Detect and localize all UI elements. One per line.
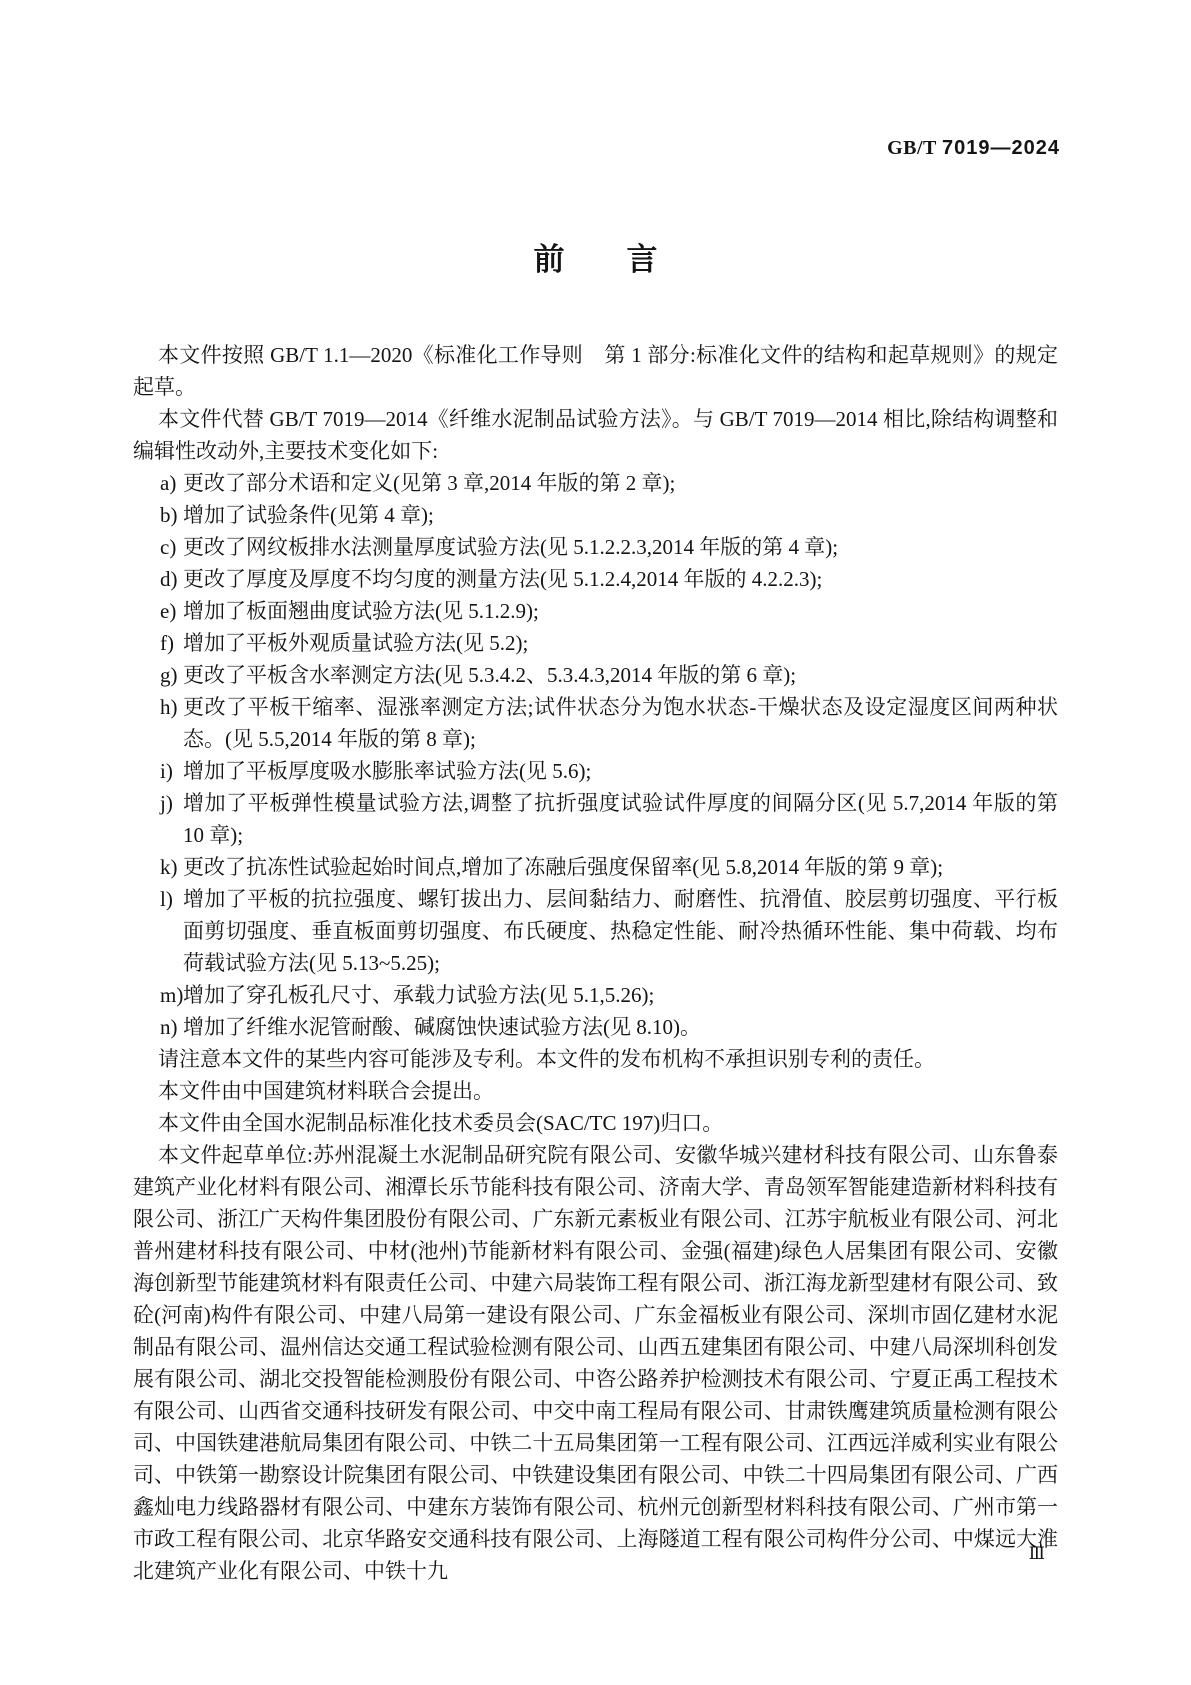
change-item-label: n) bbox=[160, 1011, 183, 1043]
foreword-paragraph-1: 本文件按照 GB/T 1.1—2020《标准化工作导则 第 1 部分:标准化文件… bbox=[133, 339, 1058, 403]
change-item-text: 更改了平板干缩率、湿涨率测定方法;试件状态分为饱水状态-干燥状态及设定湿度区间两… bbox=[183, 691, 1058, 755]
change-item-text: 增加了纤维水泥管耐酸、碱腐蚀快速试验方法(见 8.10)。 bbox=[183, 1011, 1058, 1043]
change-list: a) 更改了部分术语和定义(见第 3 章,2014 年版的第 2 章); b) … bbox=[133, 467, 1058, 1043]
change-item-text: 增加了穿孔板孔尺寸、承载力试验方法(见 5.1,5.26); bbox=[183, 979, 1058, 1011]
change-item: a) 更改了部分术语和定义(见第 3 章,2014 年版的第 2 章); bbox=[133, 467, 1058, 499]
change-item-label: i) bbox=[160, 755, 183, 787]
change-item: h) 更改了平板干缩率、湿涨率测定方法;试件状态分为饱水状态-干燥状态及设定湿度… bbox=[133, 691, 1058, 755]
change-item: l) 增加了平板的抗拉强度、螺钉拔出力、层间黏结力、耐磨性、抗滑值、胶层剪切强度… bbox=[133, 883, 1058, 979]
change-item-text: 增加了平板厚度吸水膨胀率试验方法(见 5.6); bbox=[183, 755, 1058, 787]
change-item-text: 增加了试验条件(见第 4 章); bbox=[183, 499, 1058, 531]
change-item: e) 增加了板面翘曲度试验方法(见 5.1.2.9); bbox=[133, 595, 1058, 627]
document-page: GB/T 7019—2024 前 言 本文件按照 GB/T 1.1—2020《标… bbox=[0, 0, 1191, 1685]
change-item-label: m) bbox=[160, 979, 183, 1011]
standard-code-prefix: GB/T bbox=[887, 137, 936, 159]
foreword-paragraph-2: 本文件代替 GB/T 7019—2014《纤维水泥制品试验方法》。与 GB/T … bbox=[133, 403, 1058, 467]
change-item-text: 增加了平板外观质量试验方法(见 5.2); bbox=[183, 627, 1058, 659]
change-item-text: 更改了厚度及厚度不均匀度的测量方法(见 5.1.2.4,2014 年版的 4.2… bbox=[183, 563, 1058, 595]
change-item: i) 增加了平板厚度吸水膨胀率试验方法(见 5.6); bbox=[133, 755, 1058, 787]
change-item-text: 增加了平板弹性模量试验方法,调整了抗折强度试验试件厚度的间隔分区(见 5.7,2… bbox=[183, 787, 1058, 851]
change-item: b) 增加了试验条件(见第 4 章); bbox=[133, 499, 1058, 531]
change-item-label: e) bbox=[160, 595, 183, 627]
change-item: m) 增加了穿孔板孔尺寸、承载力试验方法(见 5.1,5.26); bbox=[133, 979, 1058, 1011]
standard-code: GB/T 7019—2024 bbox=[887, 137, 1060, 160]
standard-code-number: 7019—2024 bbox=[942, 137, 1060, 159]
change-item-text: 更改了网纹板排水法测量厚度试验方法(见 5.1.2.2.3,2014 年版的第 … bbox=[183, 531, 1058, 563]
page-number: Ⅲ bbox=[1029, 1542, 1045, 1566]
change-item-text: 更改了抗冻性试验起始时间点,增加了冻融后强度保留率(见 5.8,2014 年版的… bbox=[183, 851, 1058, 883]
change-item-label: k) bbox=[160, 851, 183, 883]
change-item-text: 更改了部分术语和定义(见第 3 章,2014 年版的第 2 章); bbox=[183, 467, 1058, 499]
change-item: d) 更改了厚度及厚度不均匀度的测量方法(见 5.1.2.4,2014 年版的 … bbox=[133, 563, 1058, 595]
foreword-paragraph-5: 本文件由全国水泥制品标准化技术委员会(SAC/TC 197)归口。 bbox=[133, 1107, 1058, 1139]
change-item: f) 增加了平板外观质量试验方法(见 5.2); bbox=[133, 627, 1058, 659]
change-item-text: 增加了板面翘曲度试验方法(见 5.1.2.9); bbox=[183, 595, 1058, 627]
change-item: k) 更改了抗冻性试验起始时间点,增加了冻融后强度保留率(见 5.8,2014 … bbox=[133, 851, 1058, 883]
change-item-label: b) bbox=[160, 499, 183, 531]
foreword-paragraph-6: 本文件起草单位:苏州混凝土水泥制品研究院有限公司、安徽华城兴建材科技有限公司、山… bbox=[133, 1139, 1058, 1587]
change-item: c) 更改了网纹板排水法测量厚度试验方法(见 5.1.2.2.3,2014 年版… bbox=[133, 531, 1058, 563]
change-item-label: c) bbox=[160, 531, 183, 563]
change-item: j) 增加了平板弹性模量试验方法,调整了抗折强度试验试件厚度的间隔分区(见 5.… bbox=[133, 787, 1058, 851]
foreword-paragraph-3: 请注意本文件的某些内容可能涉及专利。本文件的发布机构不承担识别专利的责任。 bbox=[133, 1043, 1058, 1075]
change-item-label: g) bbox=[160, 659, 183, 691]
page-title: 前 言 bbox=[0, 242, 1191, 278]
change-item-text: 更改了平板含水率测定方法(见 5.3.4.2、5.3.4.3,2014 年版的第… bbox=[183, 659, 1058, 691]
foreword-paragraph-4: 本文件由中国建筑材料联合会提出。 bbox=[133, 1075, 1058, 1107]
change-item-text: 增加了平板的抗拉强度、螺钉拔出力、层间黏结力、耐磨性、抗滑值、胶层剪切强度、平行… bbox=[183, 883, 1058, 979]
change-item-label: f) bbox=[160, 627, 183, 659]
foreword-body: 本文件按照 GB/T 1.1—2020《标准化工作导则 第 1 部分:标准化文件… bbox=[133, 339, 1058, 1587]
change-item-label: l) bbox=[160, 883, 183, 979]
change-item: n) 增加了纤维水泥管耐酸、碱腐蚀快速试验方法(见 8.10)。 bbox=[133, 1011, 1058, 1043]
change-item-label: d) bbox=[160, 563, 183, 595]
change-item-label: a) bbox=[160, 467, 183, 499]
change-item-label: j) bbox=[160, 787, 183, 851]
change-item-label: h) bbox=[160, 691, 183, 755]
change-item: g) 更改了平板含水率测定方法(见 5.3.4.2、5.3.4.3,2014 年… bbox=[133, 659, 1058, 691]
